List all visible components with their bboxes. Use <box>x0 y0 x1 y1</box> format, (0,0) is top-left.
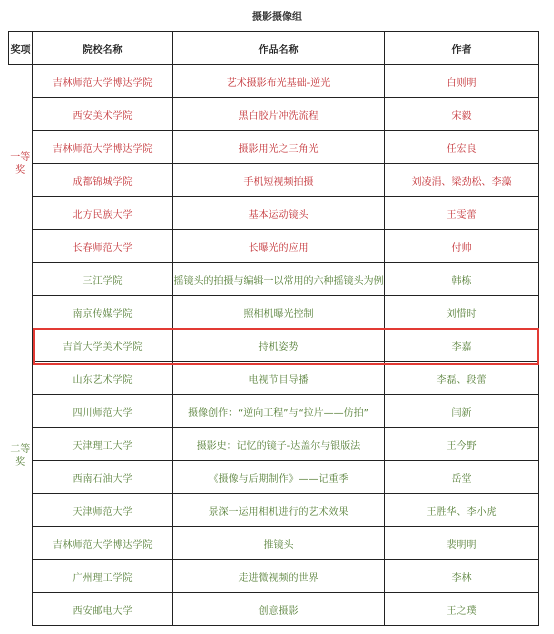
header-work: 作品名称 <box>173 32 385 65</box>
school-cell: 吉首大学美术学院 <box>33 329 173 362</box>
work-cell: 黑白胶片冲洗流程 <box>173 98 385 131</box>
work-cell: 基本运动镜头 <box>173 197 385 230</box>
school-cell: 长春师范大学 <box>33 230 173 263</box>
school-cell: 成都锦城学院 <box>33 164 173 197</box>
school-cell: 北方民族大学 <box>33 197 173 230</box>
table-row: 西南石油大学 《摄像与后期制作》——记重季 岳堂 <box>9 461 539 494</box>
school-cell: 吉林师范大学博达学院 <box>33 65 173 98</box>
table-row: 广州理工学院 走进微视频的世界 李林 <box>9 560 539 593</box>
work-cell: 景深一运用相机进行的艺术效果 <box>173 494 385 527</box>
author-cell: 岳堂 <box>385 461 539 494</box>
table-row-highlighted: 吉首大学美术学院 持机姿势 李嘉 <box>9 329 539 362</box>
author-cell: 裴明明 <box>385 527 539 560</box>
table-header-row: 奖项 院校名称 作品名称 作者 <box>9 32 539 65</box>
header-author: 作者 <box>385 32 539 65</box>
table-row: 长春师范大学 长曝光的应用 付帅 <box>9 230 539 263</box>
work-cell: 照相机曝光控制 <box>173 296 385 329</box>
school-cell: 吉林师范大学博达学院 <box>33 527 173 560</box>
author-cell: 刘凌涓、梁劲松、李藻 <box>385 164 539 197</box>
work-cell: 摄像创作：“逆向工程”与“拉片——仿拍” <box>173 395 385 428</box>
work-cell: 电视节目导播 <box>173 362 385 395</box>
page-title: 摄影摄像组 <box>0 8 554 23</box>
school-cell: 西安邮电大学 <box>33 593 173 626</box>
table-row: 成都锦城学院 手机短视频拍摄 刘凌涓、梁劲松、李藻 <box>9 164 539 197</box>
table-row: 一等奖 吉林师范大学博达学院 艺术摄影布光基础-逆光 白则明 <box>9 65 539 98</box>
author-cell: 任宏良 <box>385 131 539 164</box>
table-row: 天津师范大学 景深一运用相机进行的艺术效果 王胜华、李小虎 <box>9 494 539 527</box>
award-second-prize: 二等奖 <box>9 263 33 626</box>
work-cell: 创意摄影 <box>173 593 385 626</box>
school-cell: 天津师范大学 <box>33 494 173 527</box>
author-cell: 刘惜时 <box>385 296 539 329</box>
author-cell: 李磊、段蕾 <box>385 362 539 395</box>
author-cell: 闫新 <box>385 395 539 428</box>
work-cell: 持机姿势 <box>173 329 385 362</box>
header-school: 院校名称 <box>33 32 173 65</box>
author-cell: 韩栋 <box>385 263 539 296</box>
school-cell: 三江学院 <box>33 263 173 296</box>
work-cell: 摄影史：记忆的镜子-达盖尔与银版法 <box>173 428 385 461</box>
table-row: 山东艺术学院 电视节目导播 李磊、段蕾 <box>9 362 539 395</box>
table-row: 北方民族大学 基本运动镜头 王雯蕾 <box>9 197 539 230</box>
work-cell: 摇镜头的拍摄与编辑一以常用的六种摇镜头为例 <box>173 263 385 296</box>
author-cell: 白则明 <box>385 65 539 98</box>
school-cell: 四川师范大学 <box>33 395 173 428</box>
table-row: 西安美术学院 黑白胶片冲洗流程 宋毅 <box>9 98 539 131</box>
author-cell: 王之璞 <box>385 593 539 626</box>
table-row: 吉林师范大学博达学院 推镜头 裴明明 <box>9 527 539 560</box>
school-cell: 天津理工大学 <box>33 428 173 461</box>
header-award: 奖项 <box>9 32 33 65</box>
table-row: 南京传媒学院 照相机曝光控制 刘惜时 <box>9 296 539 329</box>
awards-table: 奖项 院校名称 作品名称 作者 一等奖 吉林师范大学博达学院 艺术摄影布光基础-… <box>8 31 539 626</box>
table-row: 天津理工大学 摄影史：记忆的镜子-达盖尔与银版法 王今野 <box>9 428 539 461</box>
table-row: 二等奖 三江学院 摇镜头的拍摄与编辑一以常用的六种摇镜头为例 韩栋 <box>9 263 539 296</box>
award-first-prize: 一等奖 <box>9 65 33 263</box>
school-cell: 西南石油大学 <box>33 461 173 494</box>
author-cell: 李林 <box>385 560 539 593</box>
author-cell: 王胜华、李小虎 <box>385 494 539 527</box>
table-row: 四川师范大学 摄像创作：“逆向工程”与“拉片——仿拍” 闫新 <box>9 395 539 428</box>
work-cell: 推镜头 <box>173 527 385 560</box>
school-cell: 西安美术学院 <box>33 98 173 131</box>
work-cell: 摄影用光之三角光 <box>173 131 385 164</box>
school-cell: 山东艺术学院 <box>33 362 173 395</box>
table-row: 西安邮电大学 创意摄影 王之璞 <box>9 593 539 626</box>
author-cell: 王今野 <box>385 428 539 461</box>
work-cell: 《摄像与后期制作》——记重季 <box>173 461 385 494</box>
work-cell: 手机短视频拍摄 <box>173 164 385 197</box>
table-row: 吉林师范大学博达学院 摄影用光之三角光 任宏良 <box>9 131 539 164</box>
author-cell: 李嘉 <box>385 329 539 362</box>
author-cell: 付帅 <box>385 230 539 263</box>
work-cell: 走进微视频的世界 <box>173 560 385 593</box>
school-cell: 吉林师范大学博达学院 <box>33 131 173 164</box>
author-cell: 宋毅 <box>385 98 539 131</box>
school-cell: 广州理工学院 <box>33 560 173 593</box>
school-cell: 南京传媒学院 <box>33 296 173 329</box>
work-cell: 艺术摄影布光基础-逆光 <box>173 65 385 98</box>
work-cell: 长曝光的应用 <box>173 230 385 263</box>
author-cell: 王雯蕾 <box>385 197 539 230</box>
